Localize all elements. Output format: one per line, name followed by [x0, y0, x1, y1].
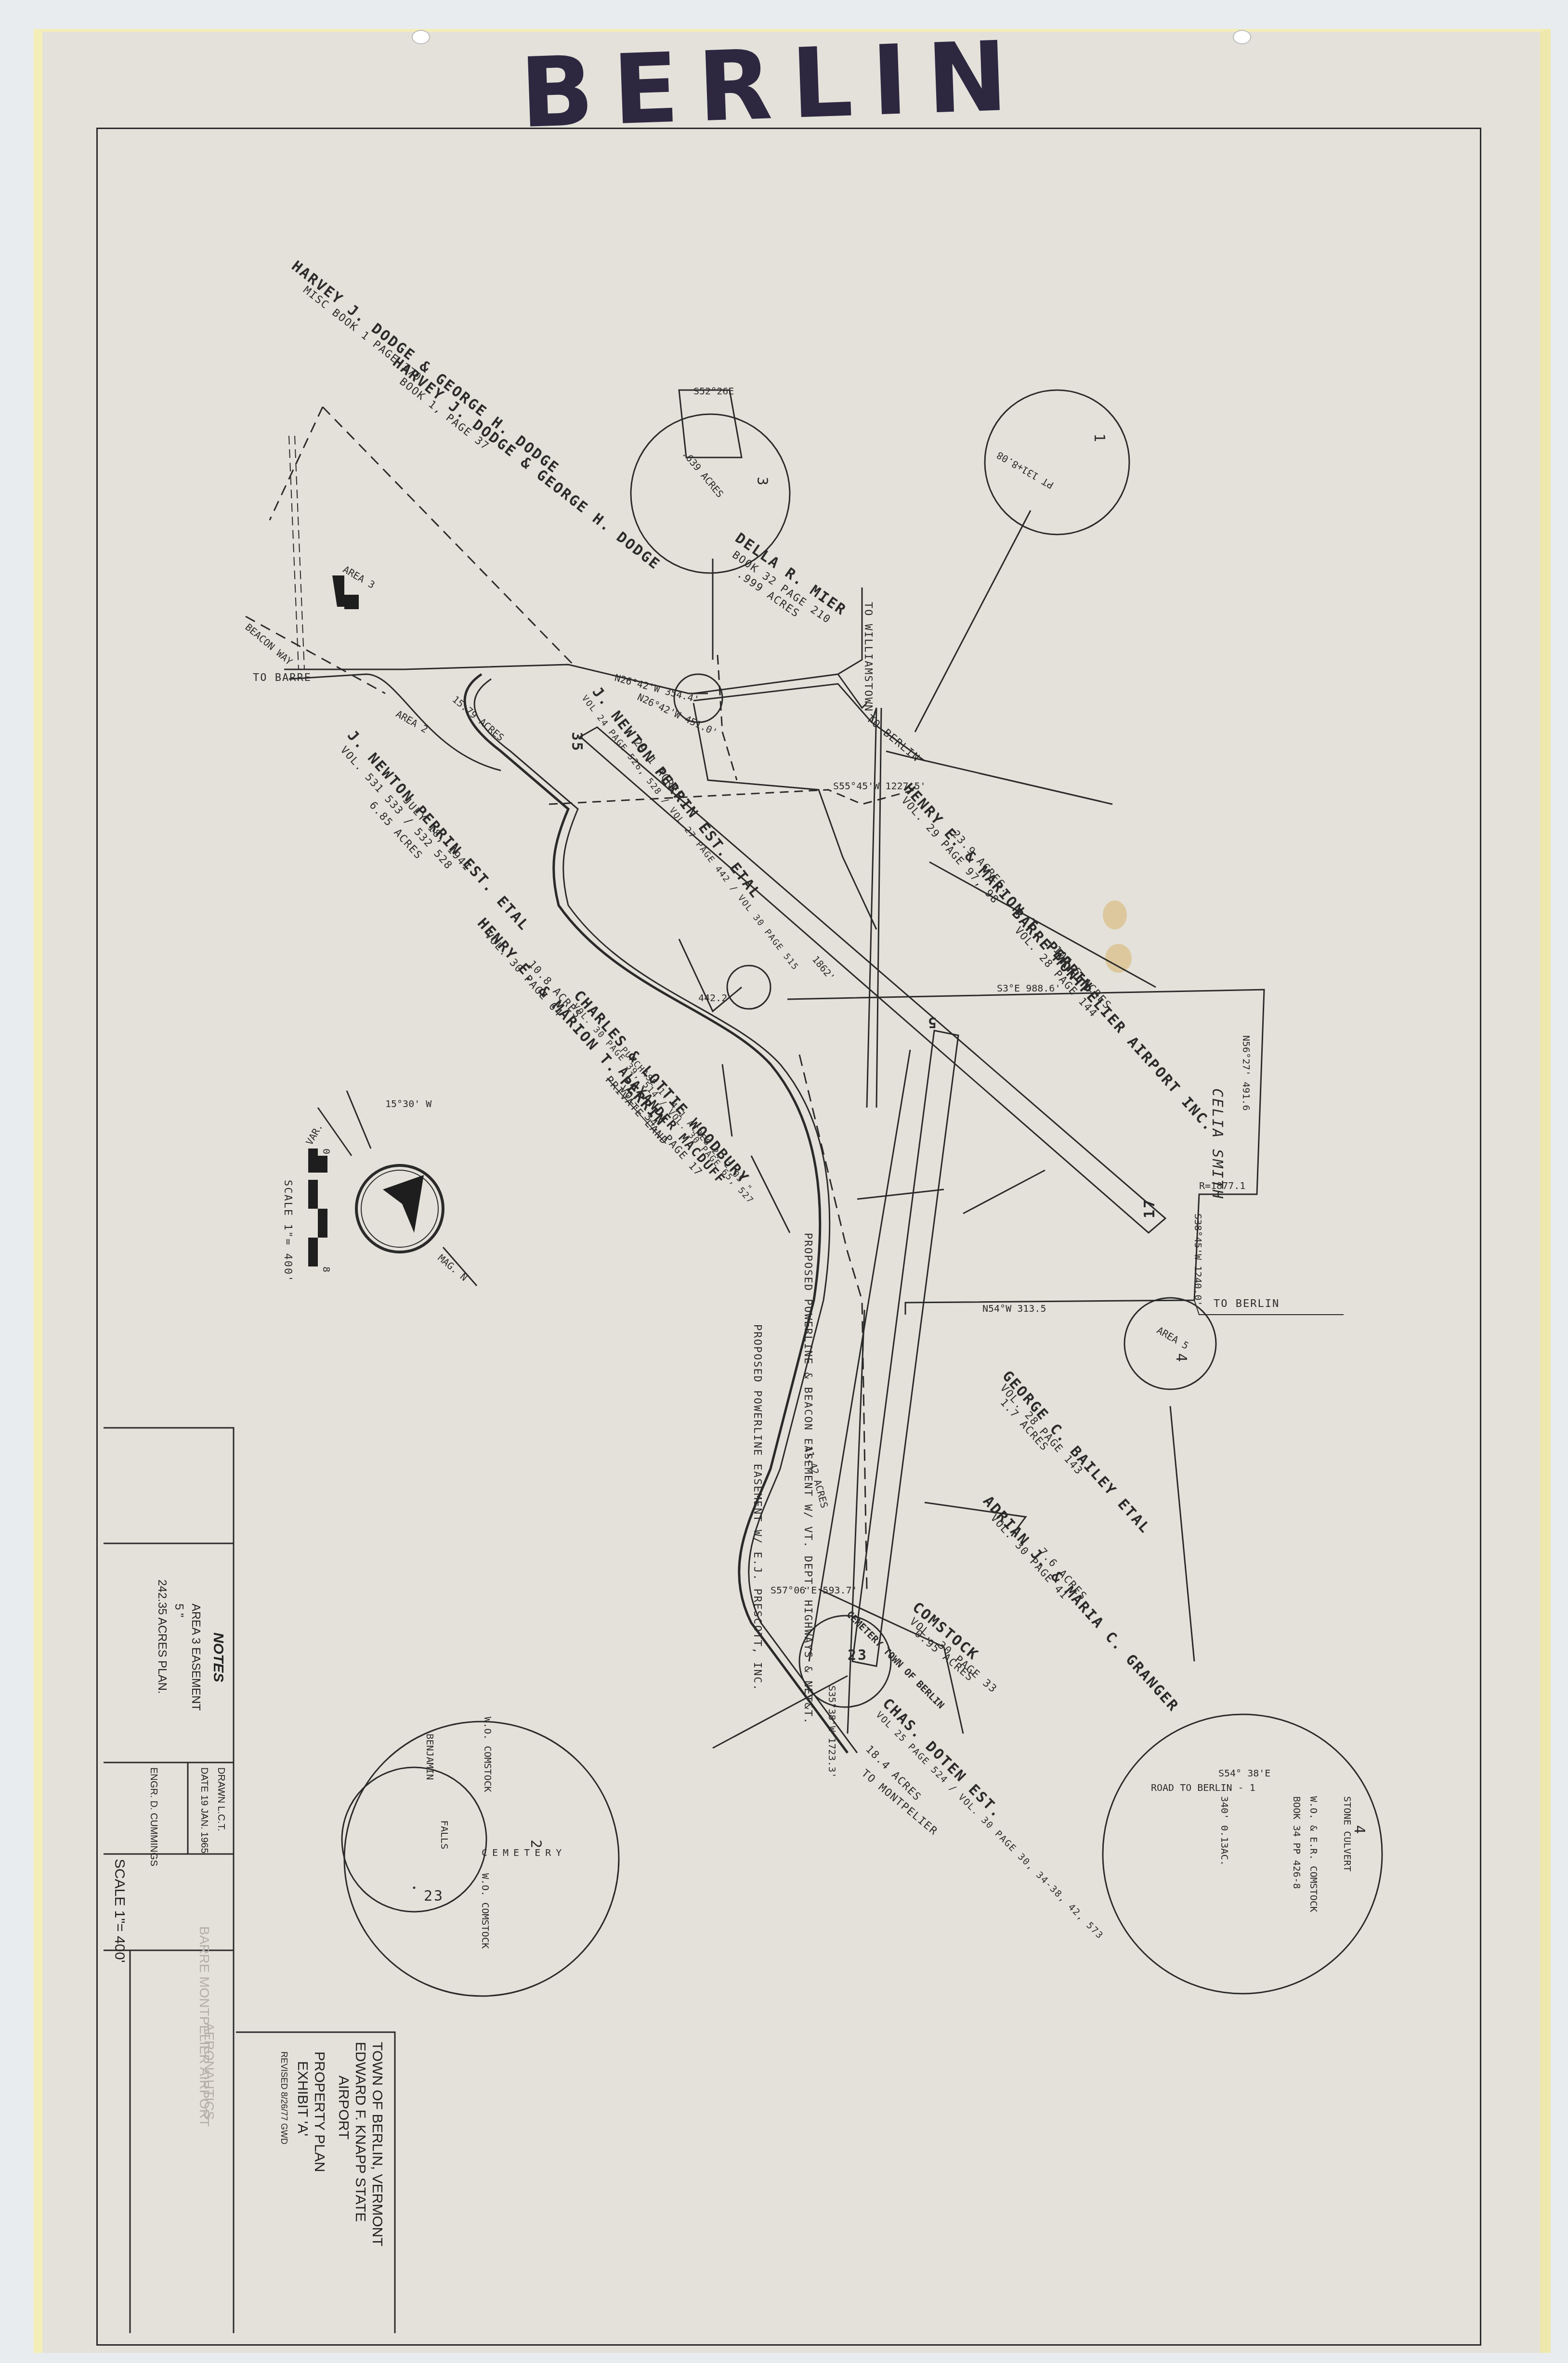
runway-label-35: 35	[568, 732, 585, 752]
notes-heading: NOTES	[210, 1632, 226, 1682]
title-airport-line2: AIRPORT	[335, 2076, 352, 2140]
note-line: 5 "	[172, 1604, 185, 1618]
inset-4-road: ROAD TO BERLIN - 1	[1151, 1782, 1255, 1793]
inset-2-road: BENJAMIN	[424, 1734, 436, 1780]
scale-tick: 8	[321, 1266, 332, 1272]
road-label-to-williamstown: TO WILLIAMSTOWN	[862, 602, 874, 712]
inset-number-4-small: 4	[1173, 1353, 1189, 1363]
drawn-date: DATE 19 JAN. 1965	[198, 1767, 209, 1854]
road-label-to-berlin-2: TO BERLIN	[1214, 1298, 1280, 1310]
note-line: 242.35 ACRES PLAN.	[155, 1580, 169, 1694]
scale-tick: 0	[321, 1149, 332, 1154]
property-map-linework	[0, 0, 1568, 2363]
inset-2-road-2: FALLS	[439, 1820, 450, 1849]
bearing-label: S38°45'W 1240.0'	[1192, 1214, 1204, 1306]
runway-label-17: 17	[1141, 1198, 1158, 1218]
bearing-label: N54°W 313.5	[982, 1303, 1046, 1314]
faded-stamp: AERONAUTICS	[201, 2023, 217, 2120]
drawn-by: DRAWN L.C.T.	[215, 1767, 226, 1831]
road-label-to-barre: TO BARRE	[253, 672, 312, 684]
title-revised: REVISED 8/26/77 GWD	[279, 2051, 289, 2144]
inset-4-culvert: STONE CULVERT	[1342, 1796, 1353, 1872]
inset-2-runway-23: 23	[424, 1888, 444, 1905]
inset-number-3: 3	[754, 477, 771, 487]
engineer: ENGR. D. CUMMINGS	[148, 1767, 159, 1867]
inset-4-book: BOOK 34 PP 426-8	[1291, 1796, 1303, 1889]
bearing-label: S55°45'W 1227.5'	[833, 780, 926, 792]
note-line: AREA 3 EASEMENT	[189, 1604, 202, 1711]
inset-2-owner-1: W.O. COMSTOCK	[482, 1717, 494, 1792]
bearing-label: S3°E 988.6'	[997, 982, 1060, 994]
inset-2-owner-2: W.O. COMSTOCK	[480, 1873, 491, 1949]
inset-4-owner: W.O. & E.R. COMSTOCK	[1308, 1796, 1320, 1912]
scale-bar-label: SCALE 1"= 400'	[282, 1180, 294, 1282]
easement-label-powerline-2: PROPOSED POWERLINE EASEMENT W/ E.J. PRES…	[751, 1324, 763, 1691]
title-plan: PROPERTY PLAN	[311, 2051, 327, 2172]
magnetic-variation: 15°30' W	[385, 1098, 431, 1110]
title-exhibit: EXHIBIT 'A'	[294, 2061, 311, 2136]
inset-4-acreage: 340' 0.13AC.	[1219, 1796, 1230, 1866]
title-scale: SCALE 1"= 400'	[111, 1859, 128, 1963]
bearing-label: S57°06'E 593.7'	[771, 1584, 858, 1596]
bearing-label: S35°38'W 1723.3'	[826, 1685, 838, 1778]
runway-label-23: 23	[848, 1647, 868, 1664]
inset-4-bearing: S54° 38'E	[1218, 1767, 1270, 1779]
title-town: TOWN OF BERLIN, VERMONT	[369, 2042, 385, 2246]
title-airport-line1: EDWARD F. KNAPP STATE	[352, 2042, 368, 2222]
inset-number-4: 4	[1351, 1825, 1368, 1835]
bearing-label: N56°27' 491.6	[1241, 1035, 1252, 1111]
inset-2-cemetery: CEMETERY	[482, 1847, 566, 1858]
bearing-label: R=1877.1	[1199, 1180, 1245, 1191]
inset-3-bearing: S52°26E	[693, 385, 734, 397]
bearing-label: 442.2	[698, 992, 727, 1004]
runway-label-5: 5	[927, 1014, 937, 1031]
inset-number-1: 1	[1091, 433, 1108, 444]
